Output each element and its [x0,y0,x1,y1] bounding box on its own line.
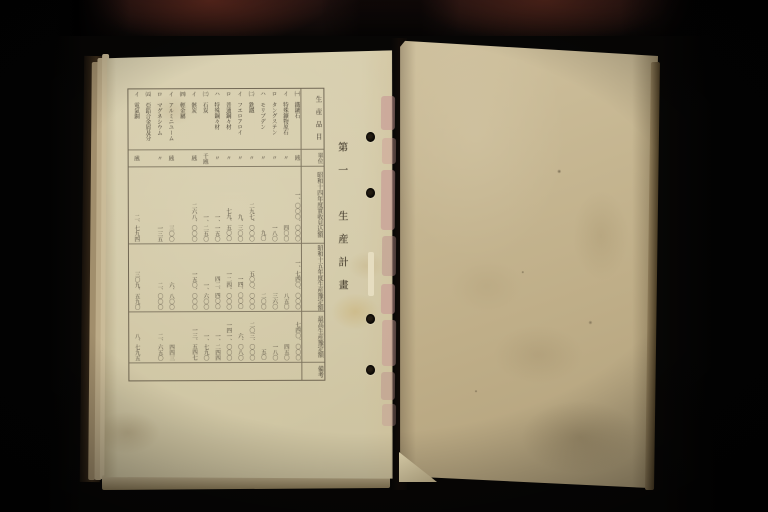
table-column: ハ 特殊鋼々材〃一、一五〇四二、四〇〇一、二四四 [209,89,221,380]
cell-max-plan: 二〇三、〇〇〇 [244,311,256,362]
cell-1939-actual: 一、二五〇 [197,166,209,243]
table-column: イ 電氣銅瓲二、七九四三〇九、五九〇八、七九五 [128,89,140,380]
cell-1939-actual [140,166,152,243]
table-column: イ アルミニユーム瓲三〇〇六、八〇〇四四三 [163,89,175,380]
table-column: ㈠ 鐵鑛石瓲一、〇〇〇、〇〇〇一、七四〇、〇〇〇七四〇、〇〇〇 [289,89,301,380]
corner-header: 生産品目 [301,89,323,149]
cell-1939-actual: 一三五 [152,166,164,243]
cell-1939-actual: 一、〇〇〇、〇〇〇 [289,166,301,243]
cell-unit: 〃 [209,149,221,166]
cell-remarks [141,362,153,380]
cell-max-plan: 一、二四四 [209,311,221,362]
cell-remarks [244,362,256,380]
cell-remarks [187,362,199,380]
cell-item: ㈢ 石炭 [197,89,209,149]
cell-1940-plan: 一二四、〇〇〇 [221,243,233,311]
cell-unit: 〃 [243,149,255,166]
cell-1940-plan: 三六〇 [267,243,279,311]
table-column: イ 骸炭瓲二六八、〇〇〇一五〇、〇〇〇一三、五四七 [186,89,198,380]
cell-1940-plan [140,243,152,311]
cell-item: イ 骸炭 [186,89,198,149]
cell-unit: 〃 [232,149,244,166]
cell-remarks [233,362,245,380]
cell-item: ロ タングステン [266,89,278,149]
cell-unit: 〃 [278,149,290,166]
cell-1940-plan: 二、〇〇〇 [152,243,164,311]
cell-unit: 瓲 [163,149,175,166]
cell-item: ハ 特殊鋼々材 [209,89,221,149]
cell-1939-actual: 一、一五〇 [209,166,221,243]
cell-1940-plan: 一、七四〇、〇〇〇 [289,243,301,311]
cell-1940-plan: 八五〇 [278,243,290,311]
cell-1939-actual: 二、七九四 [129,166,141,243]
table-row-headers: 生産品目 單位 昭和十四年度實收見込額 昭和十五年度生産豫定額 最高生産豫定額 … [300,89,324,380]
cell-max-plan [141,311,153,362]
cell-item: イ 特殊鑛物原石 [277,89,289,149]
table-column: ロ マグネシウム〃一三五二、〇〇〇二、六五〇 [151,89,163,380]
cell-remarks [278,362,290,380]
cell-unit: 〃 [255,149,267,166]
cell-1940-plan: 一、六〇〇 [198,243,210,311]
cell-unit: 瓲 [129,149,141,166]
cell-unit: 瓲 [186,149,198,166]
cell-1939-actual: 一八〇 [266,166,278,243]
table-column: イ 特殊鑛物原石〃四〇〇八五〇四五〇 [277,89,289,380]
row-header-max-plan: 最高生産豫定額 [302,311,324,362]
row-header-1939-actual: 昭和十四年度實收見込額 [302,166,324,243]
cell-max-plan: 一三、五四七 [186,311,198,362]
cell-item: ㈡ 銑鐵 [243,89,255,149]
cell-remarks [152,362,164,380]
cell-remarks [198,362,210,380]
table-column: ロ 普通鋼々材〃七九、五〇〇一二四、〇〇〇一四一、〇〇〇 [220,89,232,380]
background-shelf [0,0,768,36]
binding-hole [366,365,375,375]
cell-remarks [221,362,233,380]
cell-max-plan: 七四〇、〇〇〇 [290,311,302,362]
cell-remarks [267,362,279,380]
cell-1939-actual: 九〇 [255,166,267,243]
cell-1940-plan: 一四、〇〇〇 [232,243,244,311]
left-page: ㈠ 鐵鑛石瓲一、〇〇〇、〇〇〇一、七四〇、〇〇〇七四〇、〇〇〇イ 特殊鑛物原石〃… [102,49,393,480]
cell-remarks [210,362,222,380]
row-header-1940-plan: 昭和十五年度生産豫定額 [302,243,324,311]
cell-unit: 〃 [266,149,278,166]
cell-1940-plan [175,243,187,311]
cell-1939-actual: 三〇〇 [163,166,175,243]
cell-1939-actual: 九、三〇〇 [232,166,244,243]
left-shadow [0,0,84,512]
cell-1940-plan: 五〇〇、〇〇〇 [244,243,256,311]
cell-max-plan: 六、〇八〇 [232,311,244,362]
page-title: 第一 生産計畫 [334,142,350,332]
cell-item: ロ 普通鋼々材 [220,89,232,149]
cell-item: ㈤ 亞鉛合金屑及分 [140,89,152,149]
cell-remarks [164,362,176,380]
cell-remarks [175,362,187,380]
cell-item: イ フエロアロイ [232,89,244,149]
row-header-remarks: 備考 [302,362,324,380]
cell-unit [174,149,186,166]
cell-unit: 〃 [152,149,164,166]
table-column: ハ モリブデン〃九〇二〇〇五〇 [255,89,267,380]
cell-1940-plan: 三〇九、五九〇 [129,243,141,311]
cell-item: ロ マグネシウム [151,89,163,149]
table-column: イ フエロアロイ〃九、三〇〇一四、〇〇〇六、〇八〇 [232,89,244,380]
cell-1939-actual: 四〇〇 [278,166,290,243]
cell-1940-plan: 六、八〇〇 [163,243,175,311]
table-column: ロ タングステン〃一八〇三六〇一八〇 [266,89,278,380]
table-column: ㈡ 銑鐵〃二九七、〇〇〇五〇〇、〇〇〇二〇三、〇〇〇 [243,89,255,380]
cell-unit: 瓲 [289,149,301,166]
cell-max-plan: 四四三 [164,311,176,362]
cell-1939-actual: 二九七、〇〇〇 [243,166,255,243]
binding-hole [366,314,375,324]
right-page-blank [398,34,658,492]
production-table: ㈠ 鐵鑛石瓲一、〇〇〇、〇〇〇一、七四〇、〇〇〇七四〇、〇〇〇イ 特殊鑛物原石〃… [127,88,325,382]
cell-1939-actual [174,166,186,243]
cell-item: ハ モリブデン [255,89,267,149]
spine-paper-gap [368,252,374,296]
cell-max-plan: 八、七九五 [129,311,141,362]
cell-1940-plan: 一五〇、〇〇〇 [186,243,198,311]
cell-1939-actual: 七九、五〇〇 [220,166,232,243]
cell-item: イ アルミニユーム [163,89,175,149]
cell-1940-plan: 四二、四〇〇 [209,243,221,311]
unit-header: 單位 [302,149,324,166]
table-column: ㈢ 石炭千瓲一、二五〇一、六〇〇一、七九〇 [197,89,209,380]
cell-unit: 〃 [220,149,232,166]
cell-remarks [255,362,267,380]
photo-scene: ㈠ 鐵鑛石瓲一、〇〇〇、〇〇〇一、七四〇、〇〇〇七四〇、〇〇〇イ 特殊鑛物原石〃… [0,0,768,512]
cell-max-plan: 一八〇 [267,311,279,362]
cell-max-plan: 四五〇 [278,311,290,362]
cell-unit: 千瓲 [197,149,209,166]
binding-hole [366,188,375,198]
cell-unit [140,149,152,166]
cell-1940-plan: 二〇〇 [255,243,267,311]
table-column: ㈤ 亞鉛合金屑及分 [140,89,152,380]
cell-item: イ 電氣銅 [128,89,140,149]
cell-remarks [129,362,141,380]
cell-item: ㈠ 鐵鑛石 [289,89,301,149]
table-column: ㈣ 輕金屬 [174,89,186,380]
cell-remarks [290,362,302,380]
table-columns: ㈠ 鐵鑛石瓲一、〇〇〇、〇〇〇一、七四〇、〇〇〇七四〇、〇〇〇イ 特殊鑛物原石〃… [128,89,301,381]
cell-1939-actual: 二六八、〇〇〇 [186,166,198,243]
cell-max-plan: 一四一、〇〇〇 [221,311,233,362]
cell-item: ㈣ 輕金屬 [174,89,186,149]
cell-max-plan: 一、七九〇 [198,311,210,362]
right-shadow [658,0,768,512]
binding-hole [366,132,375,142]
cell-max-plan: 五〇 [255,311,267,362]
cell-max-plan: 二、六五〇 [152,311,164,362]
cell-max-plan [175,311,187,362]
